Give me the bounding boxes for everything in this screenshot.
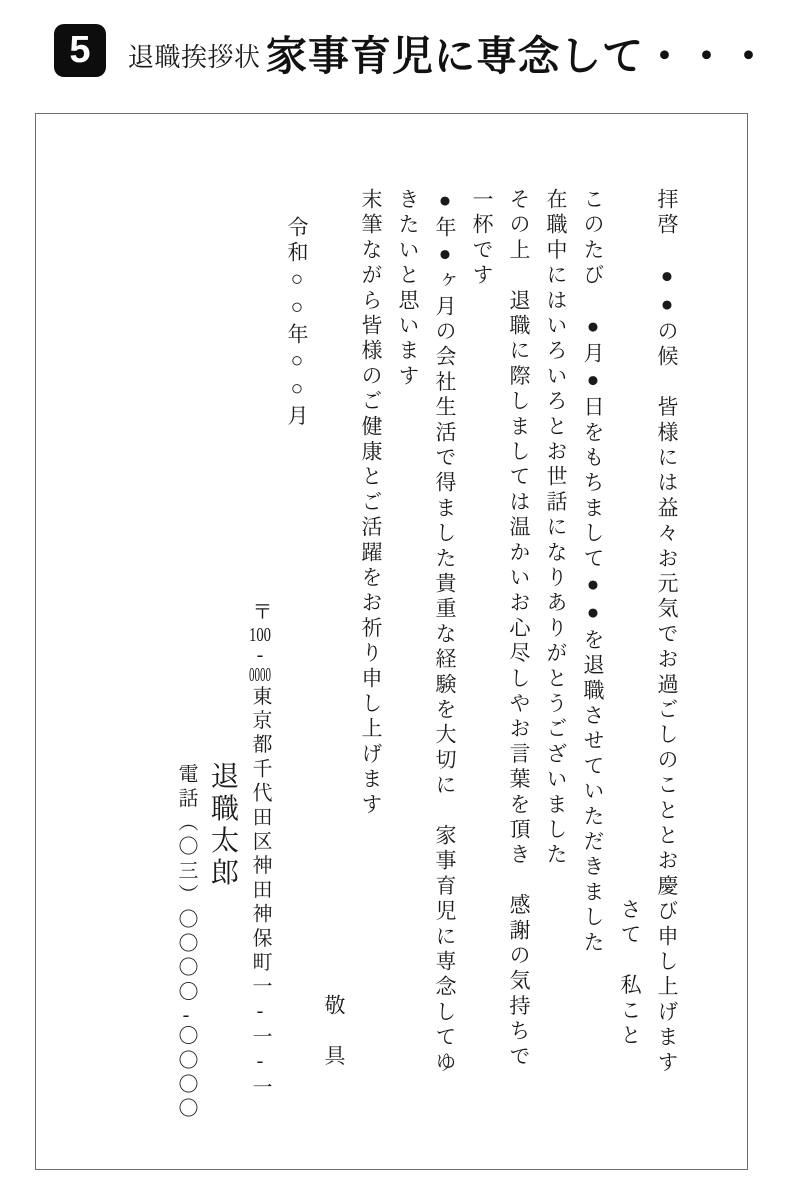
- letter-body: 拝啓 ●●の候 皆様には益々お元気でお過ごしのこととお慶び申し上げます さて 私…: [36, 114, 747, 1169]
- letter-card: 拝啓 ●●の候 皆様には益々お元気でお過ごしのこととお慶び申し上げます さて 私…: [35, 113, 748, 1170]
- phone-head: 電話（〇三）〇〇〇〇: [175, 763, 197, 1005]
- letter-line-sate-watakushikoto: さて 私こと: [611, 188, 648, 1123]
- date-line: 令和○○年○○月: [278, 188, 315, 1123]
- letter-line-kitai: きたいと思います: [389, 188, 426, 1123]
- letter-line-sonoue: その上 退職に際しましては温かいお心尽しやお言葉を頂き 感謝の気持ちで: [500, 188, 537, 1123]
- sender-name: 退職太郎: [204, 188, 241, 1123]
- letter-line-mappitsu: 末筆ながら皆様のご健康とご活躍をお祈り申し上げます: [352, 188, 389, 1123]
- letter-category-label: 退職挨拶状: [128, 37, 261, 74]
- closing-word: 敬 具: [315, 188, 352, 1123]
- zip-first: 100: [249, 625, 271, 645]
- letter-line-keiken: ●年●ヶ月の会社生活で得ました貴重な経験を大切に 家事育児に専念してゆ: [426, 188, 463, 1123]
- letter-line-zaishokuchu: 在職中にはいろいろとお世話になりありがとうございました: [537, 188, 574, 1123]
- page-title: 家事育児に専念して・・・: [266, 23, 770, 82]
- phone-tail: 〇〇〇〇: [175, 1025, 197, 1122]
- section-number-badge: 5: [54, 24, 106, 77]
- phone-dash: -: [175, 1005, 197, 1025]
- postal-mark-icon: 〒: [249, 601, 271, 625]
- section-number: 5: [69, 29, 90, 71]
- letter-line-ippai: 一杯です: [463, 188, 500, 1123]
- street-text: 東京都千代田区神田神保町一-一-一: [249, 685, 271, 1100]
- page: 5 退職挨拶状 家事育児に専念して・・・ 拝啓 ●●の候 皆様には益々お元気でお…: [0, 0, 787, 1200]
- letter-line-konotabi: このたび ●月●日をもちまして●●を退職させていただきました: [574, 188, 611, 1123]
- zip-dash: -: [249, 645, 271, 665]
- sender-address: 〒100-0000東京都千代田区神田神保町一-一-一: [241, 188, 278, 1123]
- sender-phone: 電話（〇三）〇〇〇〇-〇〇〇〇: [167, 188, 204, 1123]
- letter-line-greeting: 拝啓 ●●の候 皆様には益々お元気でお過ごしのこととお慶び申し上げます: [648, 188, 685, 1123]
- zip-last: 0000: [249, 665, 271, 685]
